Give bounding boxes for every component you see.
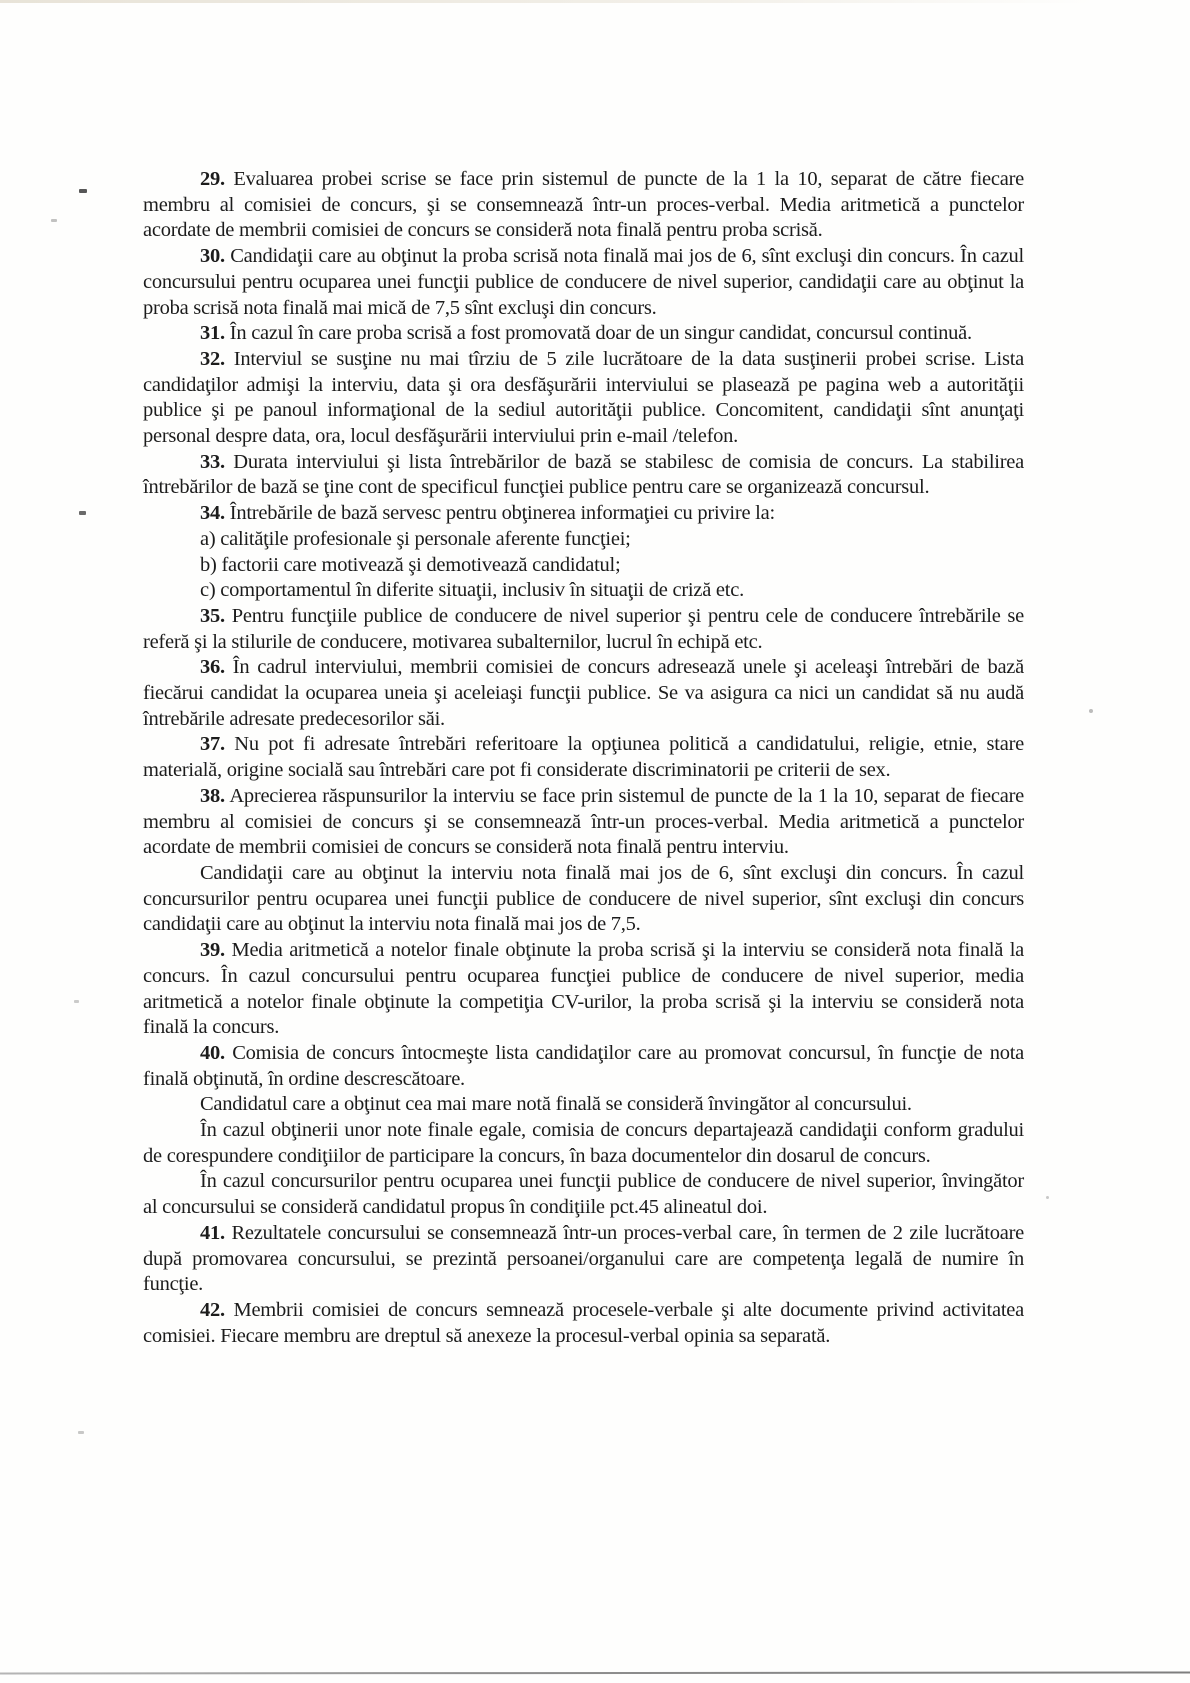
paragraph-text: Comisia de concurs întocmeşte lista cand… (143, 1042, 1024, 1090)
paragraph-number: 36. (200, 656, 225, 678)
paragraph-text: Întrebările de bază servesc pentru obţin… (230, 502, 775, 524)
paragraph-text: Interviul se susţine nu mai tîrziu de 5 … (143, 348, 1024, 447)
paragraph: 29. Evaluarea probei scrise se face prin… (143, 167, 1024, 244)
paragraph: 38. Aprecierea răspunsurilor la interviu… (143, 784, 1024, 861)
paragraph-number: 37. (200, 733, 225, 755)
paragraph-text: În cadrul interviului, membrii comisiei … (143, 656, 1024, 729)
scan-edge-top-line (0, 0, 1190, 3)
paragraph: c) comportamentul în diferite situaţii, … (143, 578, 1024, 604)
paragraph-number: 41. (200, 1222, 225, 1244)
document-body: 29. Evaluarea probei scrise se face prin… (143, 167, 1024, 1349)
scan-speck (79, 511, 86, 515)
paragraph-text: Candidaţii care au obţinut la proba scri… (143, 245, 1024, 318)
paragraph-text: Aprecierea răspunsurilor la interviu se … (143, 785, 1024, 858)
paragraph-number: 33. (200, 451, 225, 473)
paragraph: 35. Pentru funcţiile publice de conducer… (143, 604, 1024, 655)
paragraph-number: 35. (200, 605, 225, 627)
paragraph: În cazul obţinerii unor note finale egal… (143, 1118, 1024, 1169)
paragraph: 39. Media aritmetică a notelor finale ob… (143, 938, 1024, 1041)
scanned-document-page: 29. Evaluarea probei scrise se face prin… (0, 0, 1190, 1683)
paragraph: Candidaţii care au obţinut la interviu n… (143, 861, 1024, 938)
paragraph-number: 29. (200, 168, 225, 190)
paragraph-number: 34. (200, 502, 225, 524)
paragraph: 30. Candidaţii care au obţinut la proba … (143, 244, 1024, 321)
paragraph: 40. Comisia de concurs întocmeşte lista … (143, 1041, 1024, 1092)
paragraph: 37. Nu pot fi adresate întrebări referit… (143, 732, 1024, 783)
paragraph-text: Durata interviului şi lista întrebărilor… (143, 451, 1024, 499)
paragraph-text: Rezultatele concursului se consemnează î… (143, 1222, 1024, 1295)
paragraph-text: În cazul în care proba scrisă a fost pro… (230, 322, 972, 344)
paragraph-text: Media aritmetică a notelor finale obţinu… (143, 939, 1024, 1038)
paragraph-number: 30. (200, 245, 225, 267)
paragraph-text: b) factorii care motivează şi demotiveaz… (200, 554, 620, 576)
paragraph-number: 31. (200, 322, 225, 344)
paragraph: 41. Rezultatele concursului se consemnea… (143, 1221, 1024, 1298)
paragraph: 42. Membrii comisiei de concurs semnează… (143, 1298, 1024, 1349)
paragraph-text: a) calităţile profesionale şi personale … (200, 528, 631, 550)
paragraph-number: 42. (200, 1299, 225, 1321)
scan-speck (1046, 1196, 1049, 1199)
paragraph-number: 32. (200, 348, 225, 370)
paragraph: În cazul concursurilor pentru ocuparea u… (143, 1169, 1024, 1220)
paragraph-text: Candidatul care a obţinut cea mai mare n… (200, 1093, 912, 1115)
paragraph: a) calităţile profesionale şi personale … (143, 527, 1024, 553)
paragraph: 31. În cazul în care proba scrisă a fost… (143, 321, 1024, 347)
paragraph: 33. Durata interviului şi lista întrebăr… (143, 450, 1024, 501)
paragraph: 36. În cadrul interviului, membrii comis… (143, 655, 1024, 732)
scan-speck (51, 219, 57, 222)
paragraph-number: 39. (200, 939, 225, 961)
paragraph-text: c) comportamentul în diferite situaţii, … (200, 579, 744, 601)
paragraph-text: Candidaţii care au obţinut la interviu n… (143, 862, 1024, 935)
paragraph-text: În cazul concursurilor pentru ocuparea u… (143, 1170, 1024, 1218)
paragraph: 32. Interviul se susţine nu mai tîrziu d… (143, 347, 1024, 450)
scan-speck (1089, 709, 1093, 713)
paragraph-number: 40. (200, 1042, 225, 1064)
paragraph-text: Membrii comisiei de concurs semnează pro… (143, 1299, 1024, 1347)
scan-speck (74, 1000, 79, 1003)
paragraph-text: Nu pot fi adresate întrebări referitoare… (143, 733, 1024, 781)
paragraph: 34. Întrebările de bază servesc pentru o… (143, 501, 1024, 527)
paragraph: b) factorii care motivează şi demotiveaz… (143, 553, 1024, 579)
scan-edge-bottom-line (0, 1671, 1190, 1674)
paragraph-text: Evaluarea probei scrise se face prin sis… (143, 168, 1024, 241)
paragraph-text: În cazul obţinerii unor note finale egal… (143, 1119, 1024, 1167)
paragraph-text: Pentru funcţiile publice de conducere de… (143, 605, 1024, 653)
scan-speck (78, 1431, 84, 1434)
paragraph: Candidatul care a obţinut cea mai mare n… (143, 1092, 1024, 1118)
scan-speck (79, 189, 87, 193)
paragraph-number: 38. (200, 785, 225, 807)
